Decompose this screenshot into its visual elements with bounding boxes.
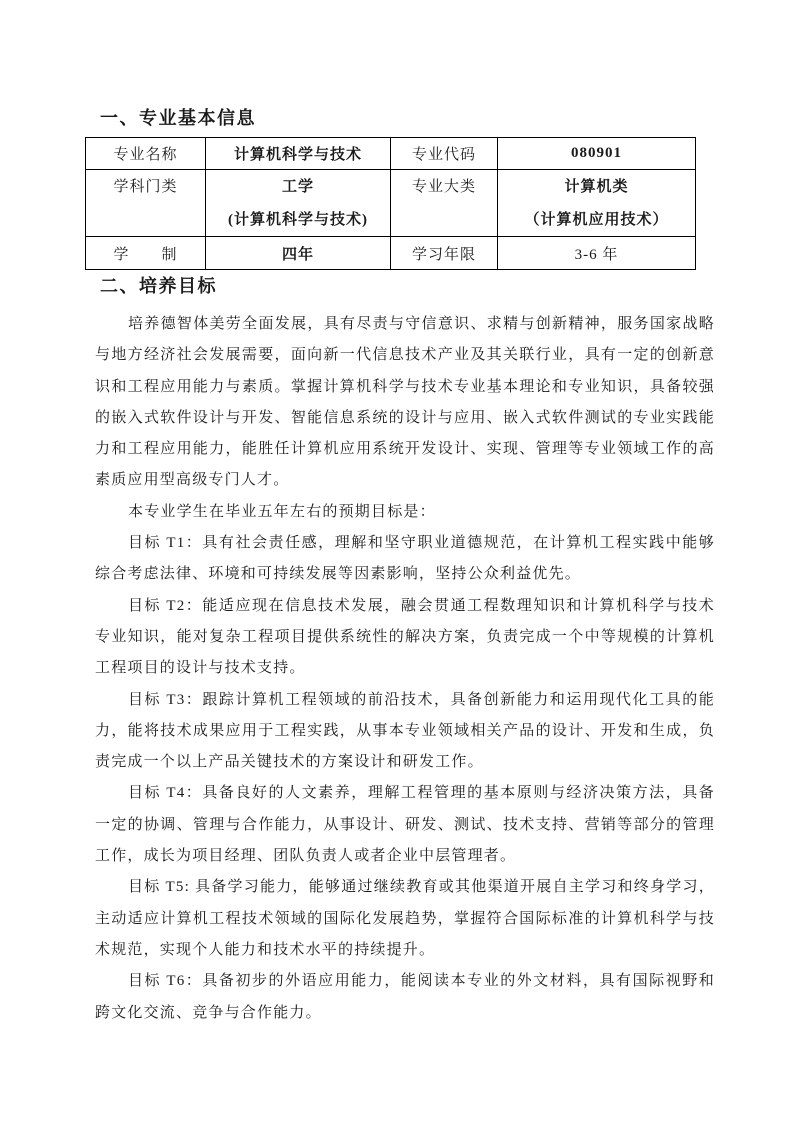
duration-value: 四年 — [282, 243, 314, 264]
objective-t5: 目标 T5: 具备学习能力，能够通过继续教育或其他渠道开展自主学习和终身学习，主… — [95, 872, 715, 966]
table-row-major-name: 专业名称 计算机科学与技术 专业代码 080901 — [86, 138, 696, 170]
cell-major-name-value: 计算机科学与技术 — [206, 138, 391, 170]
cell-major-code-label: 专业代码 — [391, 138, 498, 170]
discipline-label: 学科门类 — [86, 170, 205, 203]
basic-info-table: 专业名称 计算机科学与技术 专业代码 080901 学科门类 工学 (计算机科学… — [85, 137, 696, 270]
cell-study-years-value: 3-6 年 — [498, 237, 696, 270]
category-value-line1: 计算机类 — [498, 170, 695, 203]
section-heading-basic-info: 一、专业基本信息 — [100, 104, 256, 130]
document-page: 一、专业基本信息 专业名称 计算机科学与技术 专业代码 080901 学科门类 — [0, 0, 793, 1122]
discipline-value-line2: (计算机科学与技术) — [206, 203, 390, 236]
objectives-body: 培养德智体美劳全面发展，具有尽责与守信意识、求精与创新精神，服务国家战略与地方经… — [95, 309, 715, 1029]
cell-discipline-label: 学科门类 — [86, 170, 206, 237]
discipline-value-line1: 工学 — [206, 170, 390, 203]
section-heading-objectives: 二、培养目标 — [100, 272, 217, 298]
objective-t3: 目标 T3：跟踪计算机工程领域的前沿技术，具备创新能力和运用现代化工具的能力，能… — [95, 685, 715, 779]
cell-category-value: 计算机类 （计算机应用技术） — [498, 170, 696, 237]
cell-major-code-value: 080901 — [498, 138, 696, 170]
objective-t6: 目标 T6：具备初步的外语应用能力，能阅读本专业的外文材料，具有国际视野和跨文化… — [95, 966, 715, 1029]
expected-goals-lead: 本专业学生在毕业五年左右的预期目标是： — [95, 497, 715, 528]
cell-duration-value: 四年 — [206, 237, 391, 270]
table-row-duration: 学 制 四年 学习年限 3-6 年 — [86, 237, 696, 270]
major-name-value: 计算机科学与技术 — [234, 143, 362, 164]
study-years-label: 学习年限 — [412, 243, 476, 264]
study-years-value: 3-6 年 — [575, 243, 619, 264]
category-value-line2: （计算机应用技术） — [498, 203, 695, 236]
objective-t2: 目标 T2：能适应现在信息技术发展，融会贯通工程数理知识和计算机科学与技术专业知… — [95, 591, 715, 685]
table-row-discipline: 学科门类 工学 (计算机科学与技术) 专业大类 计算机类 （计算机应用技术） — [86, 170, 696, 237]
cell-study-years-label: 学习年限 — [391, 237, 498, 270]
major-code-label: 专业代码 — [412, 143, 476, 164]
major-name-label: 专业名称 — [113, 143, 177, 164]
cell-discipline-value: 工学 (计算机科学与技术) — [206, 170, 391, 237]
cell-duration-label: 学 制 — [86, 237, 206, 270]
duration-label: 学 制 — [113, 243, 177, 264]
category-label: 专业大类 — [391, 170, 497, 203]
objective-t4: 目标 T4：具备良好的人文素养，理解工程管理的基本原则与经济决策方法，具备一定的… — [95, 778, 715, 872]
major-code-value: 080901 — [571, 145, 622, 162]
cell-major-name-label: 专业名称 — [86, 138, 206, 170]
objective-t1: 目标 T1：具有社会责任感，理解和坚守职业道德规范，在计算机工程实践中能够综合考… — [95, 528, 715, 591]
intro-paragraph: 培养德智体美劳全面发展，具有尽责与守信意识、求精与创新精神，服务国家战略与地方经… — [95, 309, 715, 497]
cell-category-label: 专业大类 — [391, 170, 498, 237]
